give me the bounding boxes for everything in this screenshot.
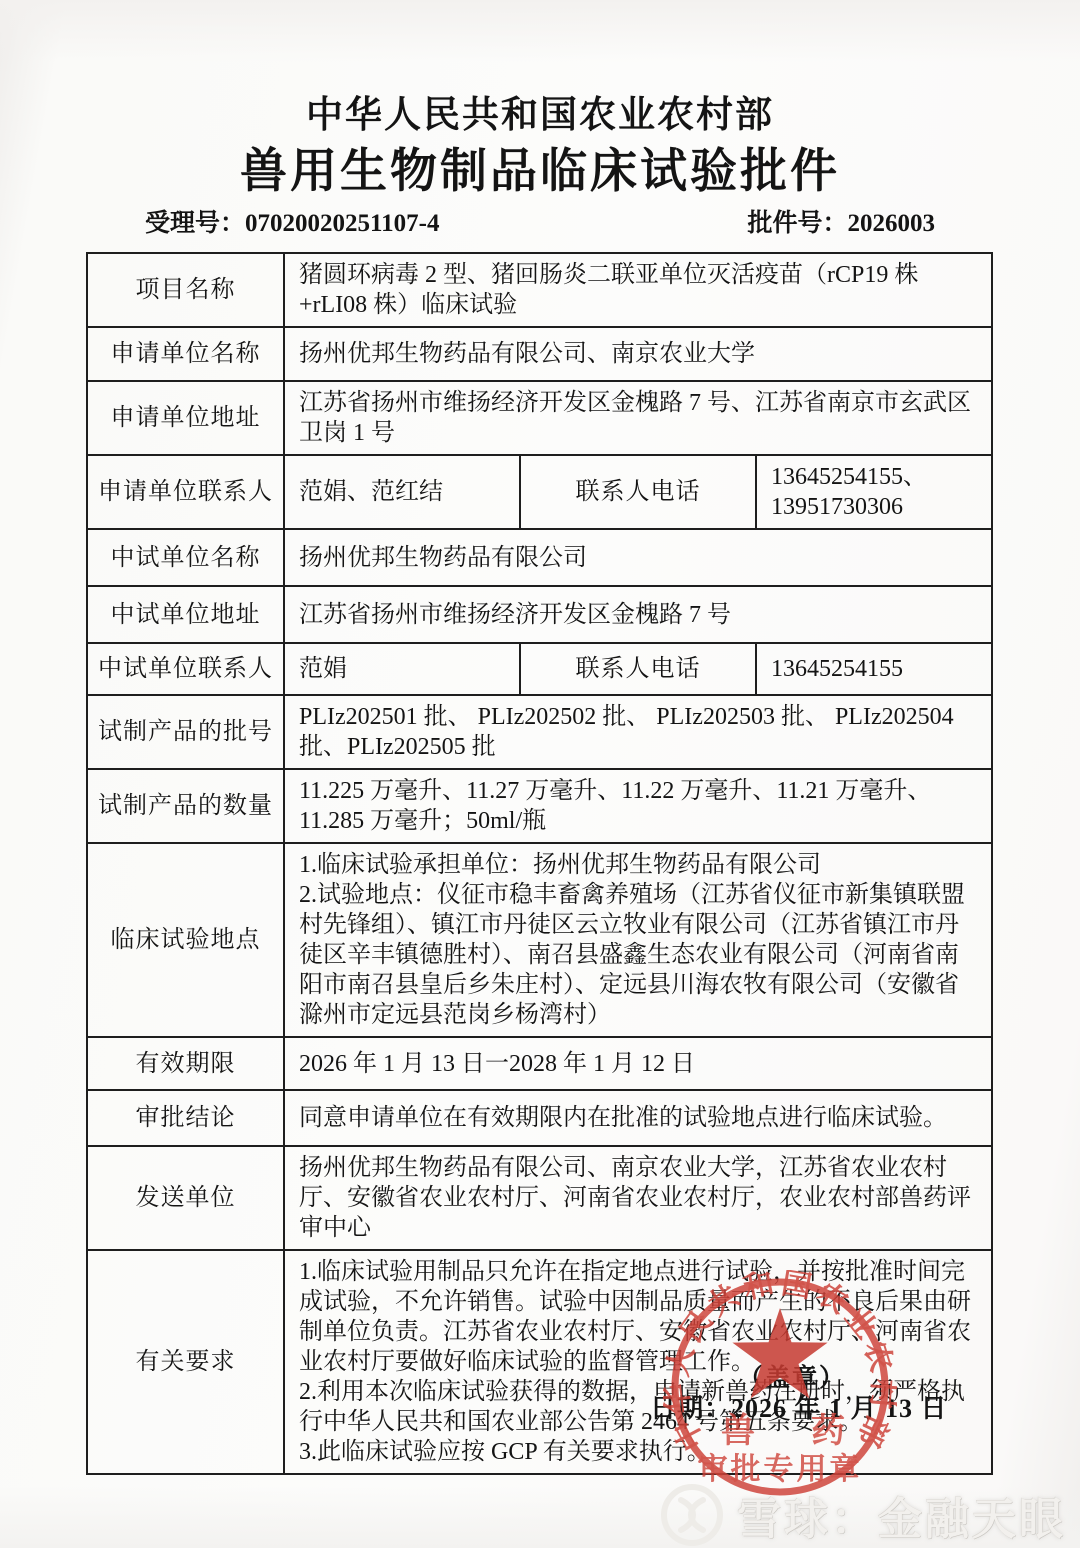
row-value: 扬州优邦生物药品有限公司: [284, 529, 992, 586]
table-row: 有关要求 1.临床试验用制品只允许在指定地点进行试验，并按批准时间完成试验，不允…: [87, 1250, 992, 1474]
row-value: 1.临床试验承担单位：扬州优邦生物药品有限公司 2.试验地点：仪征市稳丰畜禽养殖…: [284, 843, 992, 1037]
table-row: 临床试验地点 1.临床试验承担单位：扬州优邦生物药品有限公司 2.试验地点：仪征…: [87, 843, 992, 1037]
row-label: 中试单位名称: [87, 529, 284, 586]
table-row: 审批结论 同意申请单位在有效期限内在批准的试验地点进行临床试验。: [87, 1090, 992, 1146]
tel-value: 13645254155: [756, 643, 992, 695]
row-value: 范娟、范红结: [284, 455, 520, 529]
xueqiu-logo-icon: [659, 1482, 725, 1548]
table-row: 中试单位名称 扬州优邦生物药品有限公司: [87, 529, 992, 586]
row-value: 2026 年 1 月 13 日一2028 年 1 月 12 日: [284, 1037, 992, 1090]
row-label: 中试单位联系人: [87, 643, 284, 695]
row-label: 临床试验地点: [87, 843, 284, 1037]
row-value: PLIz202501 批、 PLIz202502 批、 PLIz202503 批…: [284, 695, 992, 769]
table-row: 中试单位联系人 范娟 联系人电话 13645254155: [87, 643, 992, 695]
document-page: 中华人民共和国农业农村部 兽用生物制品临床试验批件 受理号：0702002025…: [0, 0, 1080, 1548]
table-row: 中试单位地址 江苏省扬州市维扬经济开发区金槐路 7 号: [87, 586, 992, 643]
row-label: 申请单位地址: [87, 381, 284, 455]
row-value: 猪圆环病毒 2 型、猪回肠炎二联亚单位灭活疫苗（rCP19 株+rLI08 株）…: [284, 253, 992, 327]
table-row: 申请单位联系人 范娟、范红结 联系人电话 13645254155、1395173…: [87, 455, 992, 529]
table-row: 申请单位名称 扬州优邦生物药品有限公司、南京农业大学: [87, 327, 992, 381]
row-value: 范娟: [284, 643, 520, 695]
table-row: 试制产品的批号 PLIz202501 批、 PLIz202502 批、 PLIz…: [87, 695, 992, 769]
tel-label: 联系人电话: [520, 643, 756, 695]
watermark-text: 雪球：金融天眼: [737, 1483, 1066, 1547]
row-value: 江苏省扬州市维扬经济开发区金槐路 7 号、江苏省南京市玄武区卫岗 1 号: [284, 381, 992, 455]
row-label: 有效期限: [87, 1037, 284, 1090]
row-label: 试制产品的数量: [87, 769, 284, 843]
row-value: 同意申请单位在有效期限内在批准的试验地点进行临床试验。: [284, 1090, 992, 1146]
row-label: 试制产品的批号: [87, 695, 284, 769]
approval-number: 批件号：2026003: [747, 203, 935, 239]
table-row: 有效期限 2026 年 1 月 13 日一2028 年 1 月 12 日: [87, 1037, 992, 1090]
acceptance-number: 受理号：07020020251107-4: [145, 203, 439, 239]
row-value: 扬州优邦生物药品有限公司、南京农业大学，江苏省农业农村厅、安徽省农业农村厅、河南…: [284, 1146, 992, 1250]
tel-value: 13645254155、13951730306: [756, 455, 992, 529]
row-label: 申请单位联系人: [87, 455, 284, 529]
reference-row: 受理号：07020020251107-4 批件号：2026003: [145, 203, 935, 239]
table-row: 项目名称 猪圆环病毒 2 型、猪回肠炎二联亚单位灭活疫苗（rCP19 株+rLI…: [87, 253, 992, 327]
tel-label: 联系人电话: [520, 455, 756, 529]
row-value: 1.临床试验用制品只允许在指定地点进行试验，并按批准时间完成试验，不允许销售。试…: [284, 1250, 992, 1474]
issue-date: 日期：2026 年 1 月 13 日: [650, 1388, 948, 1425]
row-value: 扬州优邦生物药品有限公司、南京农业大学: [284, 327, 992, 381]
ministry-title: 中华人民共和国农业农村部: [0, 84, 1080, 138]
table-row: 申请单位地址 江苏省扬州市维扬经济开发区金槐路 7 号、江苏省南京市玄武区卫岗 …: [87, 381, 992, 455]
row-value: 11.225 万毫升、11.27 万毫升、11.22 万毫升、11.21 万毫升…: [284, 769, 992, 843]
document-title: 兽用生物制品临床试验批件: [0, 134, 1080, 201]
table-row: 发送单位 扬州优邦生物药品有限公司、南京农业大学，江苏省农业农村厅、安徽省农业农…: [87, 1146, 992, 1250]
approval-table: 项目名称 猪圆环病毒 2 型、猪回肠炎二联亚单位灭活疫苗（rCP19 株+rLI…: [86, 252, 993, 1475]
row-value: 江苏省扬州市维扬经济开发区金槐路 7 号: [284, 586, 992, 643]
row-label: 申请单位名称: [87, 327, 284, 381]
row-label: 有关要求: [87, 1250, 284, 1474]
row-label: 项目名称: [87, 253, 284, 327]
row-label: 审批结论: [87, 1090, 284, 1146]
row-label: 发送单位: [87, 1146, 284, 1250]
row-label: 中试单位地址: [87, 586, 284, 643]
table-row: 试制产品的数量 11.225 万毫升、11.27 万毫升、11.22 万毫升、1…: [87, 769, 992, 843]
watermark: 雪球：金融天眼: [659, 1482, 1066, 1548]
